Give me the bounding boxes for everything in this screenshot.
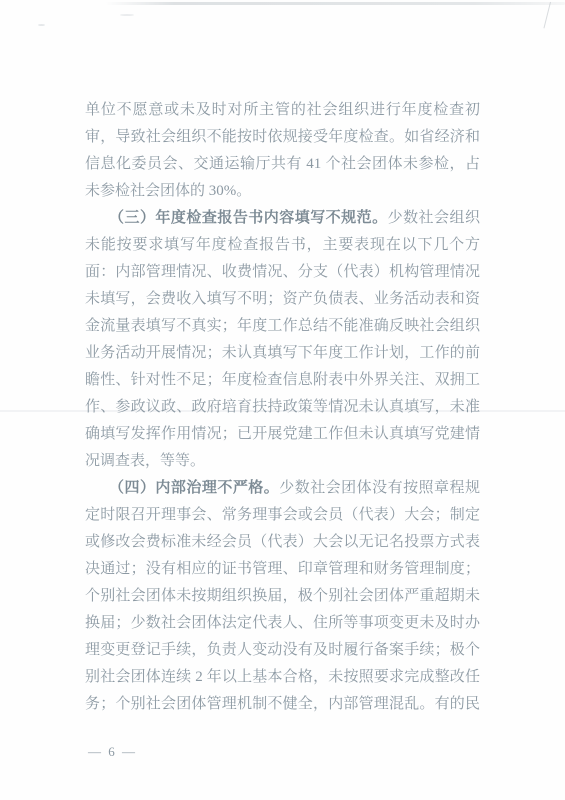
scanned-document-page: 单位不愿意或未及时对所主管的社会组织进行年度检查初 审，导致社会组织不能按时依规…	[0, 0, 565, 800]
body-text: 信息化委员会、交通运输厅共有 41 个社会团体未参检，占	[85, 156, 480, 172]
body-text: 确填写发挥作用情况；已开展党建工作但未认真填写党建情	[85, 426, 480, 442]
scan-artifact-speck	[120, 14, 134, 16]
body-text: 务；个别社会团体管理机制不健全，内部管理混乱。有的民	[85, 696, 480, 712]
body-text: 别社会团体连续 2 年以上基本合格，未按照要求完成整改任	[85, 669, 480, 685]
body-text: 单位不愿意或未及时对所主管的社会组织进行年度检查初	[85, 102, 480, 118]
body-text: 未参检社会团体的 30%。	[85, 183, 251, 199]
text-line: 未参检社会团体的 30%。	[85, 178, 480, 205]
body-text: 或修改会费标准未经会员（代表）大会以无记名投票方式表	[85, 534, 480, 550]
scan-artifact-diagonal-line	[543, 2, 551, 28]
body-text: 定时限召开理事会、常务理事会或会员（代表）大会；制定	[85, 507, 480, 523]
body-text: 未填写，会费收入填写不明；资产负债表、业务活动表和资	[85, 291, 480, 307]
section-heading-3: （三）年度检查报告书内容填写不规范。	[109, 210, 388, 226]
text-line: 个别社会团体未按期组织换届，极个别社会团体严重超期未	[85, 583, 480, 610]
text-line: 确填写发挥作用情况；已开展党建工作但未认真填写党建情	[85, 421, 480, 448]
body-text: 况调查表，等等。	[85, 453, 205, 469]
body-text: 未能按要求填写年度检查报告书，主要表现在以下几个方	[85, 237, 480, 253]
text-line: 别社会团体连续 2 年以上基本合格，未按照要求完成整改任	[85, 664, 480, 691]
text-line: 金流量表填写不真实；年度工作总结不能准确反映社会组织	[85, 313, 480, 340]
text-line: 审，导致社会组织不能按时依规接受年度检查。如省经济和	[85, 124, 480, 151]
text-line: 瞻性、针对性不足；年度检查信息附表中外界关注、双拥工	[85, 367, 480, 394]
text-line: 决通过；没有相应的证书管理、印章管理和财务管理制度；	[85, 556, 480, 583]
text-line: 理变更登记手续，负责人变动没有及时履行备案手续；极个	[85, 637, 480, 664]
scan-artifact-speck	[38, 24, 45, 26]
body-text: 少数社会团体没有按照章程规	[279, 480, 480, 496]
text-line: 况调查表，等等。	[85, 448, 480, 475]
body-text: 理变更登记手续，负责人变动没有及时履行备案手续；极个	[85, 642, 480, 658]
text-line: 定时限召开理事会、常务理事会或会员（代表）大会；制定	[85, 502, 480, 529]
text-line: 业务活动开展情况；未认真填写下年度工作计划，工作的前	[85, 340, 480, 367]
text-line: 换届；少数社会团体法定代表人、住所等事项变更未及时办	[85, 610, 480, 637]
body-text: 换届；少数社会团体法定代表人、住所等事项变更未及时办	[85, 615, 480, 631]
body-text: 少数社会组织	[388, 210, 480, 226]
section-heading-4: （四）内部治理不严格。	[109, 480, 279, 496]
body-text: 瞻性、针对性不足；年度检查信息附表中外界关注、双拥工	[85, 372, 480, 388]
text-line: 单位不愿意或未及时对所主管的社会组织进行年度检查初	[85, 97, 480, 124]
body-text: 决通过；没有相应的证书管理、印章管理和财务管理制度；	[85, 561, 480, 577]
body-text: 审，导致社会组织不能按时依规接受年度检查。如省经济和	[85, 129, 480, 145]
text-line: （三）年度检查报告书内容填写不规范。少数社会组织	[85, 205, 480, 232]
page-number: — 6 —	[88, 744, 137, 760]
body-text: 金流量表填写不真实；年度工作总结不能准确反映社会组织	[85, 318, 480, 334]
text-line: 面：内部管理情况、收费情况、分支（代表）机构管理情况	[85, 259, 480, 286]
document-body: 单位不愿意或未及时对所主管的社会组织进行年度检查初 审，导致社会组织不能按时依规…	[85, 97, 480, 718]
body-text: 业务活动开展情况；未认真填写下年度工作计划，工作的前	[85, 345, 480, 361]
scan-artifact-top-streak	[105, 2, 565, 5]
body-text: 面：内部管理情况、收费情况、分支（代表）机构管理情况	[85, 264, 480, 280]
body-text: 个别社会团体未按期组织换届，极个别社会团体严重超期未	[85, 588, 480, 604]
text-line: 务；个别社会团体管理机制不健全，内部管理混乱。有的民	[85, 691, 480, 718]
text-line: 作、参政议政、政府培育扶持政策等情况未认真填写，未准	[85, 394, 480, 421]
text-line: 未填写，会费收入填写不明；资产负债表、业务活动表和资	[85, 286, 480, 313]
body-text: 作、参政议政、政府培育扶持政策等情况未认真填写，未准	[85, 399, 480, 415]
text-line: （四）内部治理不严格。少数社会团体没有按照章程规	[85, 475, 480, 502]
text-line: 信息化委员会、交通运输厅共有 41 个社会团体未参检，占	[85, 151, 480, 178]
text-line: 或修改会费标准未经会员（代表）大会以无记名投票方式表	[85, 529, 480, 556]
text-line: 未能按要求填写年度检查报告书，主要表现在以下几个方	[85, 232, 480, 259]
